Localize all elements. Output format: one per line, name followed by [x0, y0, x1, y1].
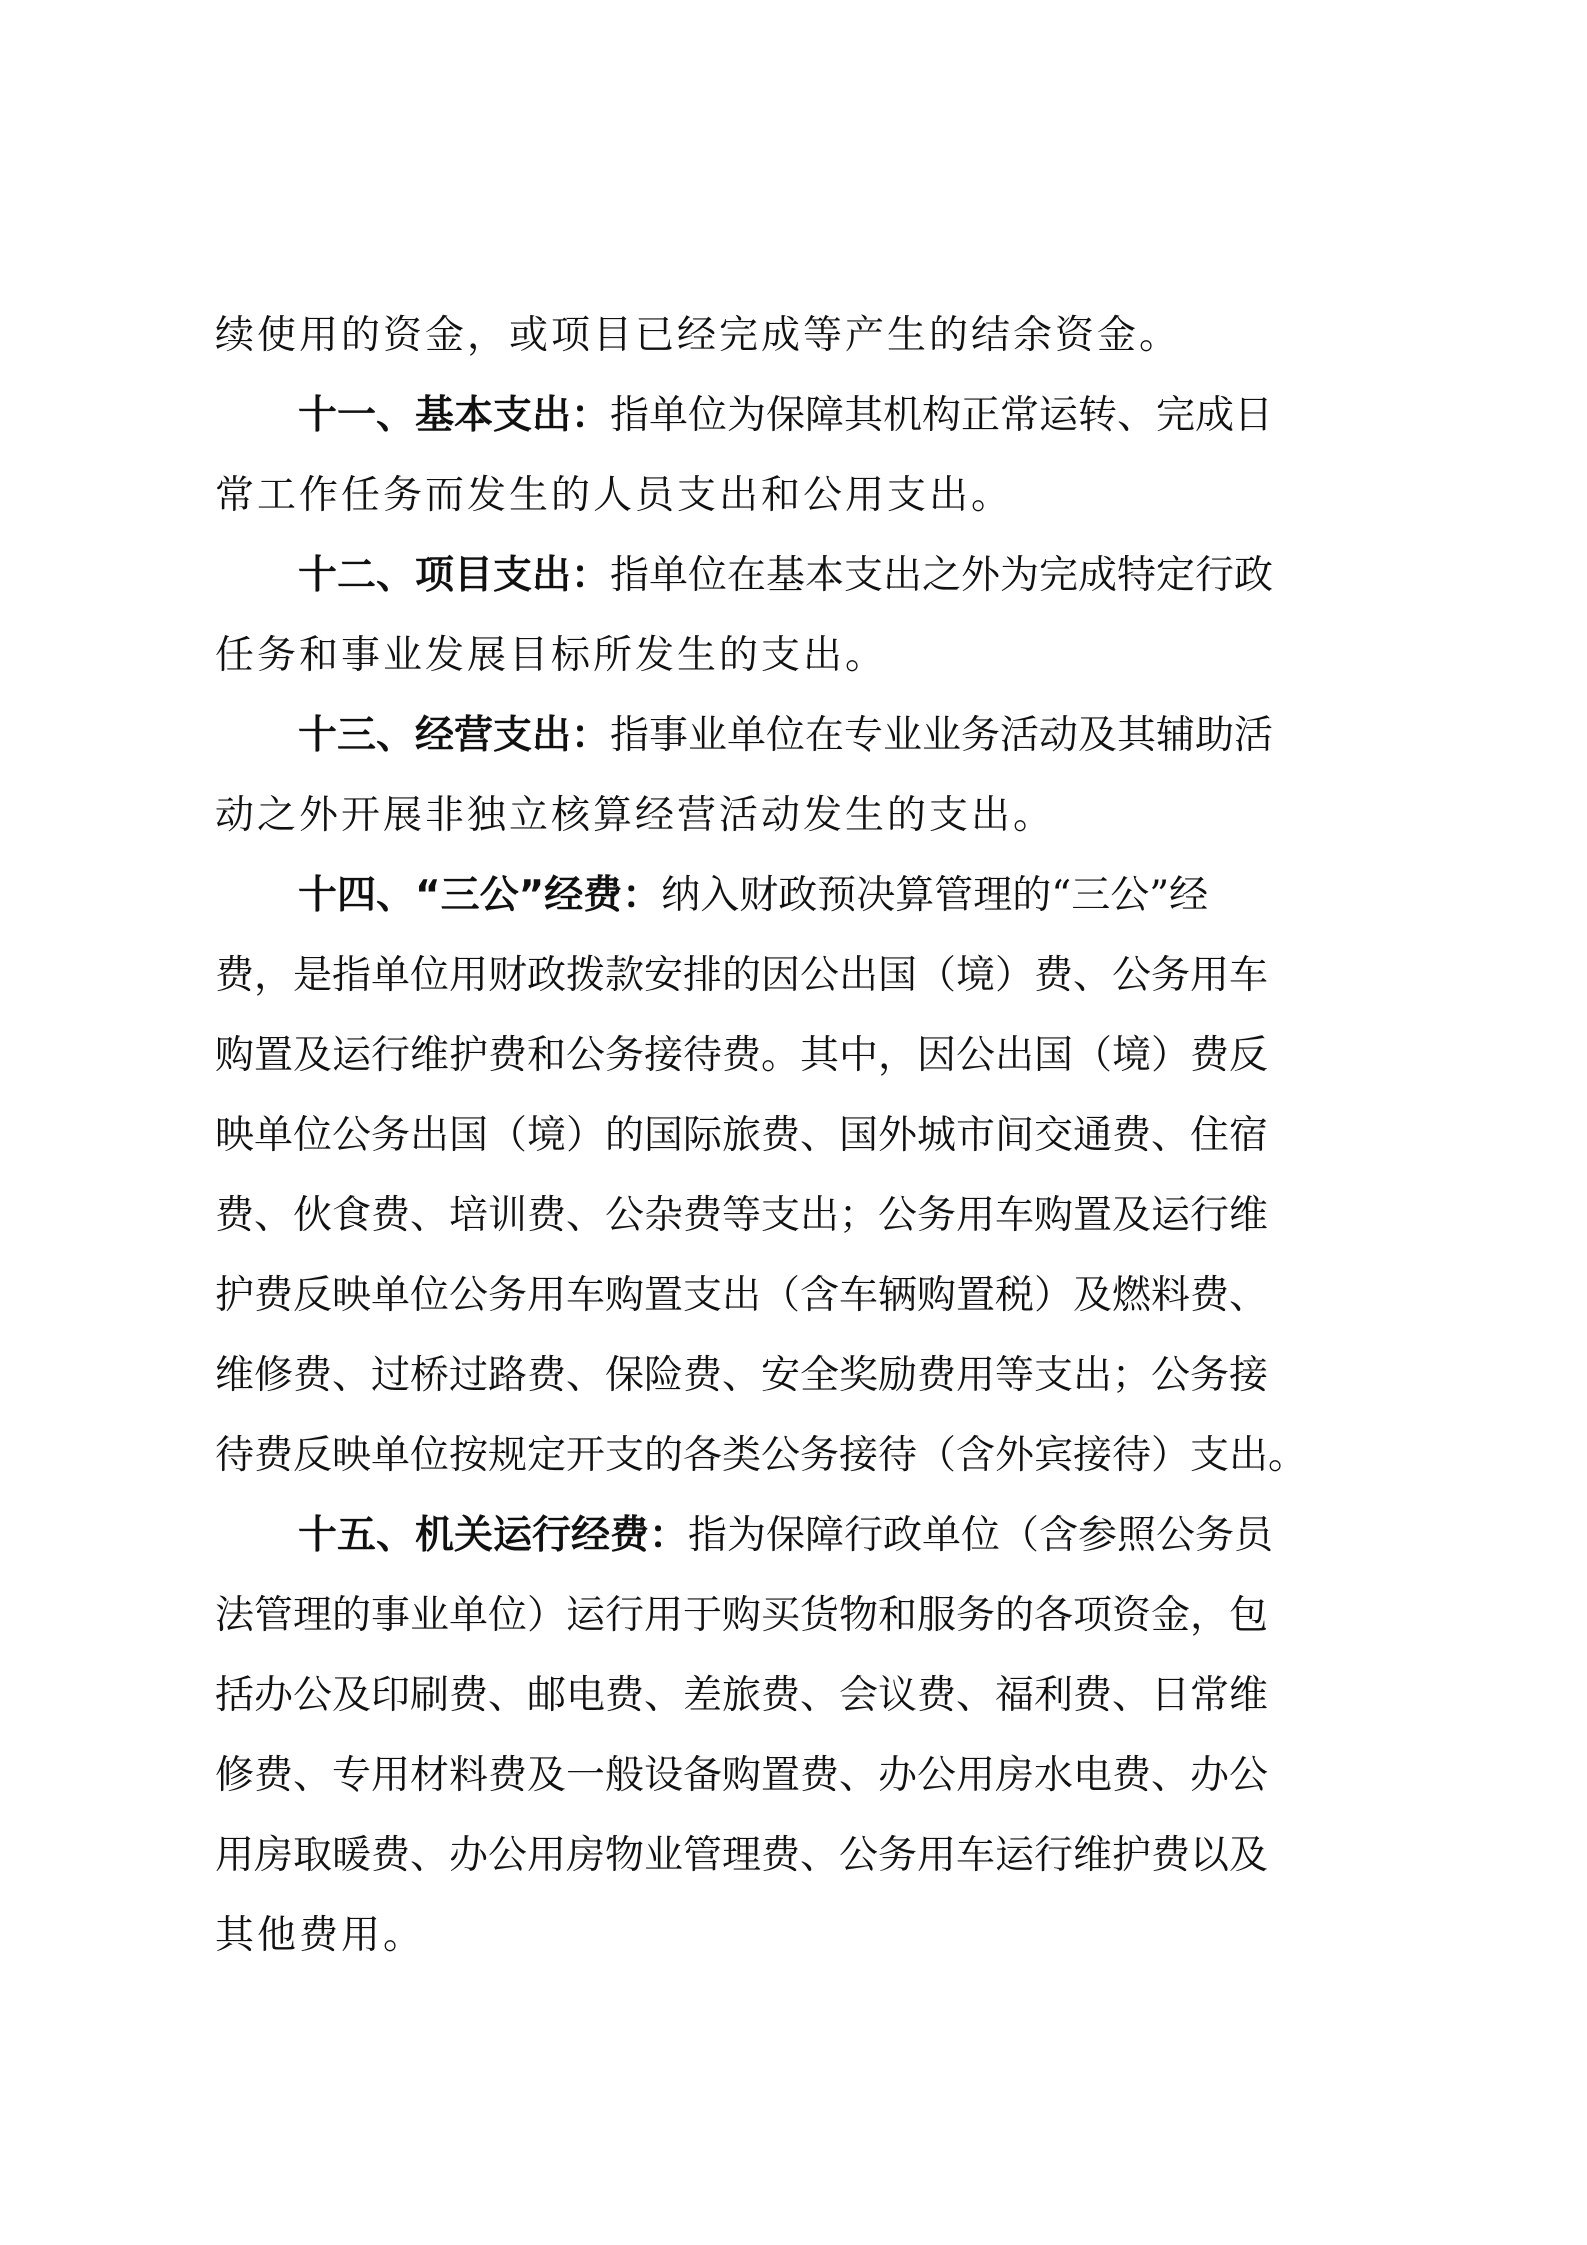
text-line: 续使用的资金，或项目已经完成等产生的结余资金。	[215, 296, 1378, 376]
definition-text: 指单位为保障其机构正常运转、完成日	[610, 393, 1273, 438]
paragraph-balance-funds-tail: 续使用的资金，或项目已经完成等产生的结余资金。	[215, 296, 1378, 376]
paragraph-operating-expenditure: 十三、经营支出：指事业单位在专业业务活动及其辅助活 动之外开展非独立核算经营活动…	[215, 696, 1378, 856]
text-line: 十一、基本支出：指单位为保障其机构正常运转、完成日	[215, 376, 1378, 456]
text-line: 十四、“三公”经费：纳入财政预决算管理的“三公”经	[215, 856, 1378, 936]
term-heading: 十一、基本支出：	[298, 393, 610, 438]
document-page: 续使用的资金，或项目已经完成等产生的结余资金。 十一、基本支出：指单位为保障其机…	[0, 0, 1587, 2245]
definition-text: 指事业单位在专业业务活动及其辅助活	[610, 713, 1273, 758]
text-line: 常工作任务而发生的人员支出和公用支出。	[215, 456, 1378, 536]
term-heading: 十四、“三公”经费：	[298, 873, 661, 918]
text-line: 购置及运行维护费和公务接待费。其中，因公出国（境）费反	[215, 1016, 1378, 1096]
text-line: 映单位公务出国（境）的国际旅费、国外城市间交通费、住宿	[215, 1096, 1378, 1176]
text-line: 维修费、过桥过路费、保险费、安全奖励费用等支出；公务接	[215, 1336, 1378, 1416]
document-body: 续使用的资金，或项目已经完成等产生的结余资金。 十一、基本支出：指单位为保障其机…	[215, 296, 1378, 1976]
definition-text: 纳入财政预决算管理的“三公”经	[661, 873, 1208, 918]
term-heading: 十二、项目支出：	[298, 553, 610, 598]
paragraph-three-public-expenses: 十四、“三公”经费：纳入财政预决算管理的“三公”经 费，是指单位用财政拨款安排的…	[215, 856, 1378, 1496]
paragraph-project-expenditure: 十二、项目支出：指单位在基本支出之外为完成特定行政 任务和事业发展目标所发生的支…	[215, 536, 1378, 696]
definition-text: 指为保障行政单位（含参照公务员	[688, 1513, 1273, 1558]
text-line: 动之外开展非独立核算经营活动发生的支出。	[215, 776, 1378, 856]
definition-text: 指单位在基本支出之外为完成特定行政	[610, 553, 1273, 598]
paragraph-basic-expenditure: 十一、基本支出：指单位为保障其机构正常运转、完成日 常工作任务而发生的人员支出和…	[215, 376, 1378, 536]
text-line: 护费反映单位公务用车购置支出（含车辆购置税）及燃料费、	[215, 1256, 1378, 1336]
text-line: 其他费用。	[215, 1896, 1378, 1976]
text-line: 括办公及印刷费、邮电费、差旅费、会议费、福利费、日常维	[215, 1656, 1378, 1736]
text-line: 十三、经营支出：指事业单位在专业业务活动及其辅助活	[215, 696, 1378, 776]
paragraph-agency-operating-funds: 十五、机关运行经费：指为保障行政单位（含参照公务员 法管理的事业单位）运行用于购…	[215, 1496, 1378, 1976]
text-line: 费、伙食费、培训费、公杂费等支出；公务用车购置及运行维	[215, 1176, 1378, 1256]
text-line: 十五、机关运行经费：指为保障行政单位（含参照公务员	[215, 1496, 1378, 1576]
text-line: 法管理的事业单位）运行用于购买货物和服务的各项资金，包	[215, 1576, 1378, 1656]
text-line: 任务和事业发展目标所发生的支出。	[215, 616, 1378, 696]
text-line: 费，是指单位用财政拨款安排的因公出国（境）费、公务用车	[215, 936, 1378, 1016]
text-line: 待费反映单位按规定开支的各类公务接待（含外宾接待）支出。	[215, 1416, 1378, 1496]
text-line: 十二、项目支出：指单位在基本支出之外为完成特定行政	[215, 536, 1378, 616]
term-heading: 十五、机关运行经费：	[298, 1513, 688, 1558]
text-line: 用房取暖费、办公用房物业管理费、公务用车运行维护费以及	[215, 1816, 1378, 1896]
text-line: 修费、专用材料费及一般设备购置费、办公用房水电费、办公	[215, 1736, 1378, 1816]
term-heading: 十三、经营支出：	[298, 713, 610, 758]
